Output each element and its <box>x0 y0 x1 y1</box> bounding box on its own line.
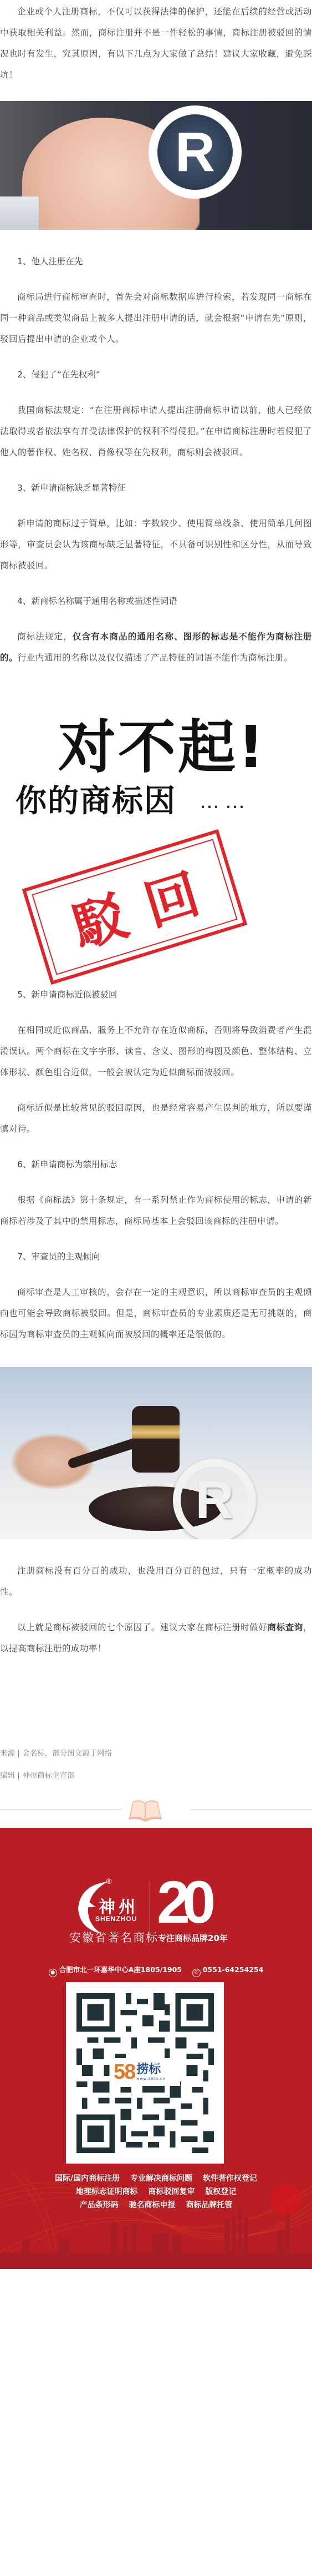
services-row-1: 国际/国内商标注册 专业解决商标问题 软件著作权登记 <box>0 2172 312 2185</box>
section-divider <box>0 1791 312 1824</box>
service-item: 国际/国内商标注册 <box>55 2174 120 2183</box>
section-7-heading: 7、审查员的主观倾向 <box>0 1246 312 1267</box>
section-2-heading: 2、侵犯了“在先权利” <box>0 364 312 385</box>
conclusion-paragraph-1: 注册商标没有百分百的成功，也没用百分百的包过，只有一定概率的成功性。 <box>0 1560 312 1602</box>
service-item: 软件著作权登记 <box>203 2174 257 2183</box>
services-row-2: 地理标志证明商标 商标驳回复审 版权登记 <box>0 2185 312 2199</box>
registered-symbol: ® <box>105 1878 112 1886</box>
rejected-stamp-icon: 駁 回 <box>22 829 247 985</box>
contact-line: ●合肥市北一环嘉华中心A座1805/1905 ✆0551-64254254 <box>0 1964 312 1977</box>
conclusion-emphasis: 商标查询 <box>267 1622 303 1632</box>
source-credit: 来源 | 金名标，部分图文源于网络 <box>0 1742 312 1765</box>
service-item: 产品条形码 <box>80 2201 119 2210</box>
location-pin-icon: ● <box>49 1969 57 1977</box>
gavel-icon <box>132 1406 180 1473</box>
section-6-heading: 6、新申请商标为禁用标志 <box>0 1154 312 1175</box>
section-4-heading: 4、新商标名称属于通用名称或描述性词语 <box>0 591 312 612</box>
divider-line-right <box>190 1809 312 1809</box>
gavel-trademark-image: R <box>0 1367 312 1539</box>
editor-credit: 编辑 | 神州商标企宣部 <box>0 1765 312 1787</box>
banner-slogan: 专注商标品牌20年 <box>158 1932 228 1944</box>
section-6-body: 根据《商标法》第十条规定，有一系列禁止作为商标使用的标志，申请的新商标若涉及了其… <box>0 1189 312 1232</box>
divider-line-left <box>0 1809 122 1809</box>
address-text: 合肥市北一环嘉华中心A座1805/1905 <box>59 1965 182 1974</box>
brand-name-en: SHENZHOU <box>95 1915 137 1923</box>
open-book-icon <box>127 1796 163 1822</box>
registered-mark-icon: R <box>173 1459 256 1539</box>
service-item: 版权登记 <box>205 2187 236 2196</box>
conclusion-pre: 以上就是商标被驳回的七个原因了。建议大家在商标注册时做好 <box>17 1622 267 1632</box>
anniversary-number: 20 <box>157 1872 208 1932</box>
services-list: 国际/国内商标注册 专业解决商标问题 软件著作权登记 地理标志证明商标 商标驳回… <box>0 2172 312 2212</box>
logo-text-group: 捞标 www.58lb.cn <box>136 2063 165 2081</box>
brand-name-cn: 神州 <box>99 1893 139 1918</box>
trademark-hand-image: R <box>0 101 312 230</box>
section-3-heading: 3、新申请商标缺乏显著特征 <box>0 477 312 498</box>
section-1-body: 商标局进行商标审查时，首先会对商标数据库进行检索，若发现同一商标在同一种商品或类… <box>0 286 312 350</box>
section-4-body: 商标法规定，仅含有本商品的通用名称、图形的标志是不能作为商标注册的。行业内通用的… <box>0 626 312 668</box>
service-item: 地理标志证明商标 <box>76 2187 138 2196</box>
service-item: 专业解决商标问题 <box>130 2174 192 2183</box>
section-4-body-pre: 商标法规定， <box>17 632 73 642</box>
section-2-body: 我国商标法规定：“在注册商标申请人提出注册商标申请以前，他人已经依法取得或者依法… <box>0 400 312 463</box>
phone-icon: ✆ <box>192 1969 201 1977</box>
credits: 来源 | 金名标，部分图文源于网络 编辑 | 神州商标企宣部 <box>0 1742 312 1787</box>
logo-number: 58 <box>114 2060 135 2084</box>
sorry-title: 对不起! <box>58 700 266 784</box>
logo-url: www.58lb.cn <box>136 2076 165 2081</box>
shirt-cuff-shape <box>0 196 39 230</box>
services-row-3: 产品条形码 驰名商标申报 商标品牌托管 <box>0 2199 312 2212</box>
section-7-body: 商标审查是人工审核的，会存在一定的主观意识，所以商标审查员的主观倾向也可能会导致… <box>0 1282 312 1345</box>
brand-banner: ® 神州 SHENZHOU 安徽省著名商标 20 专注商标品牌20年 ●合肥市北… <box>0 1828 312 2269</box>
service-item: 商标品牌托管 <box>186 2201 232 2210</box>
rejection-stamp-image: 对不起! 你的商标因 …… 駁 回 <box>0 696 312 976</box>
58laobiao-logo: 58 捞标 www.58lb.cn <box>111 2058 180 2086</box>
service-item: 商标驳回复审 <box>149 2187 195 2196</box>
phone-text[interactable]: 0551-64254254 <box>203 1965 264 1974</box>
section-4-body-post: 行业内通用的名称以及仅仅描述了产品特征的词语不能作为商标注册。 <box>18 653 293 663</box>
sorry-subtitle: 你的商标因 <box>16 777 176 821</box>
article: 企业或个人注册商标，不仅可以获得法律的保护，还能在后续的经营或活动中获取相关利益… <box>0 0 312 2376</box>
page-bottom-space <box>0 2269 312 2376</box>
section-5-body: 在相同或近似商品、服务上不允许存在近似商标，否则将导致消费者产生混淆误认。两个商… <box>0 1020 312 1083</box>
qr-code[interactable]: 58 捞标 www.58lb.cn <box>66 1982 224 2164</box>
stamp-char-1: 駁 <box>62 874 135 962</box>
sorry-ellipsis: …… <box>200 790 250 813</box>
conclusion-paragraph-2: 以上就是商标被驳回的七个原因了。建议大家在商标注册时做好商标查询，以提高商标注册… <box>0 1617 312 1659</box>
section-1-heading: 1、他人注册在先 <box>0 251 312 272</box>
famous-trademark-label: 安徽省著名商标 <box>69 1929 158 1945</box>
service-item: 驰名商标申报 <box>129 2201 176 2210</box>
section-3-body: 新申请的商标过于简单，比如：字数较少、使用简单线条、使用简单几何图形等，审查员会… <box>0 513 312 576</box>
logo-text: 捞标 <box>136 2063 165 2076</box>
banner-divider <box>150 1881 150 1941</box>
stamp-char-2: 回 <box>134 852 207 940</box>
section-5-body-2: 商标近似是比较常见的驳回原因，也是经常容易产生误判的地方，所以要谨慎对待。 <box>0 1097 312 1140</box>
registered-mark-icon: R <box>149 105 242 199</box>
section-5-heading: 5、新申请商标近似被驳回 <box>0 984 312 1005</box>
intro-paragraph: 企业或个人注册商标，不仅可以获得法律的保护，还能在后续的经营或活动中获取相关利益… <box>0 0 312 85</box>
